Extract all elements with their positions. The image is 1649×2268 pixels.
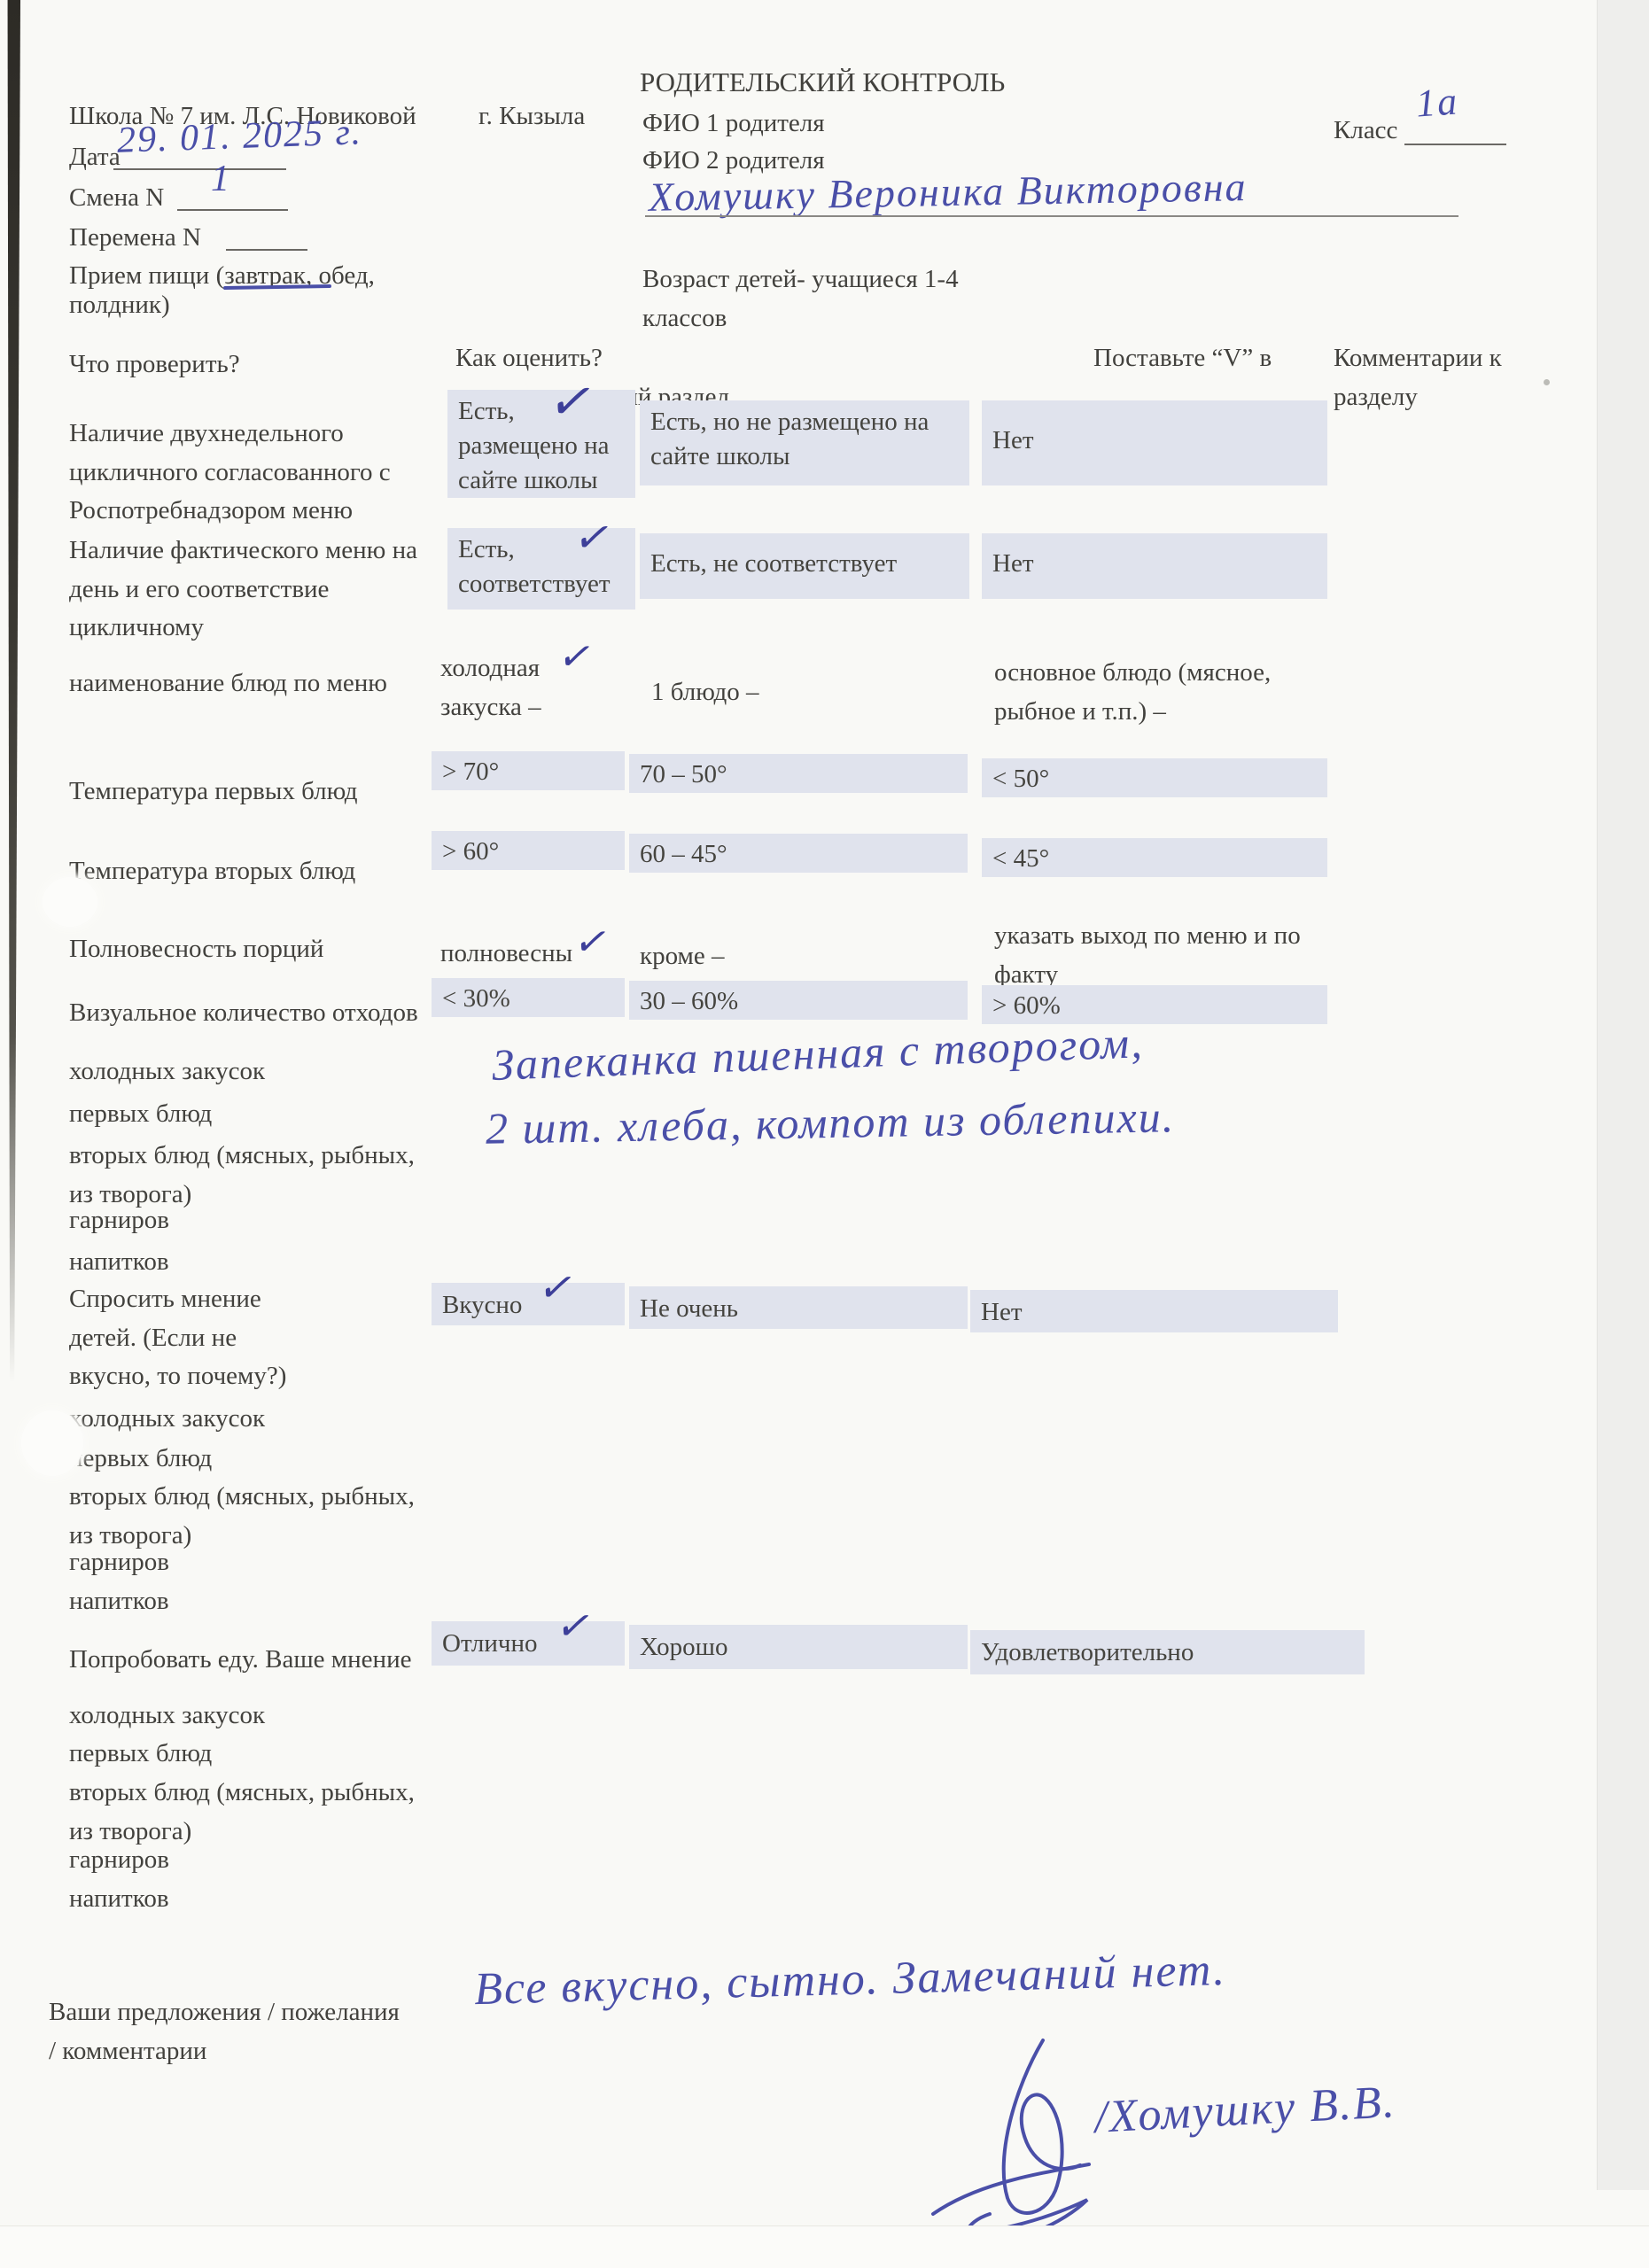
class-underline (1404, 144, 1506, 145)
option-cell: 30 – 60% (629, 981, 968, 1020)
children-age-note: Возраст детей- учащиеся 1-4 классов (642, 260, 959, 338)
correction-blob (21, 1410, 83, 1476)
option-cell: Удовлетворительно (970, 1630, 1365, 1674)
parent2-value-handwritten: Хомушку Вероника Викторовна (649, 163, 1248, 221)
row-label-waste: Визуальное количество отходов (69, 994, 418, 1033)
row-label-portions: Полновесность порций (69, 930, 323, 969)
option-cell: Нет (982, 400, 1327, 485)
form-title: РОДИТЕЛЬСКИЙ КОНТРОЛЬ (640, 62, 1005, 104)
recess-label: Перемена N (69, 219, 201, 258)
checkmark-dish-names: ✓ (555, 637, 597, 678)
column-header-mark: Поставьте “V” в (1093, 339, 1272, 378)
row-label-temp-second: Температура вторых блюд (69, 852, 355, 891)
option-cell: Нет (970, 1290, 1338, 1332)
suggestions-label: Ваши предложения / пожелания / комментар… (49, 1993, 421, 2070)
handwritten-menu-line1: Запеканка пшенная с творогом, (491, 1016, 1144, 1091)
column-header-what: Что проверить? (69, 346, 240, 384)
row-label-daily-menu: Наличие фактического меню на день и его … (69, 532, 486, 648)
option-cell: Есть, но не размещено на сайте школы (640, 400, 969, 485)
list-item: первых блюд (69, 1440, 212, 1479)
class-value-handwritten: 1а (1414, 78, 1459, 126)
option-cell: Хорошо (629, 1625, 968, 1669)
list-item: первых блюд (69, 1735, 212, 1774)
scan-speck (1544, 379, 1550, 385)
list-item: холодных закусок (69, 1052, 265, 1091)
recess-underline (226, 249, 307, 251)
list-item: напитков (69, 1243, 169, 1282)
option-cell: 60 – 45° (629, 834, 968, 873)
option-cell: > 70° (432, 751, 625, 790)
shift-underline (177, 209, 288, 211)
option-text: 1 блюдо – (651, 673, 758, 712)
option-cell: < 45° (982, 838, 1327, 877)
date-label: Дата (69, 138, 121, 177)
scan-edge-shadow-left (5, 0, 20, 1382)
option-cell: < 30% (432, 978, 625, 1017)
handwritten-signature-name: /Хомушку В.В. (1093, 2076, 1397, 2144)
option-cell: > 60° (432, 831, 625, 870)
row-label-kids-opinion: Спросить мнение детей. (Если не вкусно, … (69, 1280, 424, 1396)
option-text: холодная закуска – (440, 649, 541, 726)
list-item: холодных закусок (69, 1697, 265, 1736)
correction-blob (43, 877, 97, 927)
option-text: указать выход по меню и по факту (994, 917, 1301, 994)
option-cell: Есть, не соответствует (640, 533, 969, 599)
list-item: холодных закусок (69, 1400, 265, 1439)
list-item: напитков (69, 1582, 169, 1621)
date-value-handwritten: 29. 01. 2025 г. (116, 111, 362, 162)
option-text: кроме – (640, 937, 725, 976)
signature-flourish (908, 2033, 1094, 2237)
list-item: напитков (69, 1880, 169, 1919)
parent2-underline (645, 215, 1458, 217)
list-item: гарниров (69, 1201, 169, 1240)
option-cell: Нет (982, 533, 1327, 599)
column-header-comments: Комментарии к разделу (1334, 339, 1502, 416)
option-cell: Отлично (432, 1621, 625, 1666)
scanned-form-page: Школа № 7 им. Л.С. Новиковой г. Кызыла Д… (0, 0, 1649, 2268)
row-label-dish-names: наименование блюд по меню (69, 664, 387, 703)
row-label-temp-first: Температура первых блюд (69, 773, 358, 812)
parent1-label: ФИО 1 родителя (642, 105, 825, 144)
class-label: Класс (1334, 112, 1397, 151)
handwritten-menu-line2: 2 шт. хлеба, компот из облепихи. (486, 1091, 1176, 1154)
list-item: гарниров (69, 1841, 169, 1880)
option-cell: < 50° (982, 758, 1327, 797)
scan-edge-strip-right (1597, 0, 1649, 2190)
handwritten-comment: Все вкусно, сытно. Замечаний нет. (473, 1944, 1226, 2016)
list-item: первых блюд (69, 1095, 212, 1134)
row-label-cyclic-menu: Наличие двухнедельного цикличного соглас… (69, 415, 468, 531)
option-cell: Есть, размещено на сайте школы (447, 390, 635, 498)
date-underline (113, 168, 286, 170)
list-item: гарниров (69, 1543, 169, 1582)
shift-value-handwritten: 1 (211, 158, 231, 200)
meal-line2: полдник) (69, 286, 170, 325)
option-cell: Вкусно (432, 1283, 625, 1325)
option-text: полновесны (440, 935, 572, 974)
shift-label: Смена N (69, 179, 164, 218)
option-cell: 70 – 50° (629, 754, 968, 793)
school-city: г. Кызыла (478, 97, 585, 136)
scan-edge-band-bottom (0, 2225, 1649, 2268)
option-text: основное блюдо (мясное, рыбное и т.п.) – (994, 654, 1271, 731)
checkmark-portions: ✓ (571, 922, 613, 963)
list-item: вторых блюд (мясных, рыбных, из творога) (69, 1774, 450, 1851)
row-label-taste-food: Попробовать еду. Ваше мнение (69, 1641, 411, 1680)
option-cell: Не очень (629, 1286, 968, 1329)
option-cell: > 60% (982, 985, 1327, 1024)
